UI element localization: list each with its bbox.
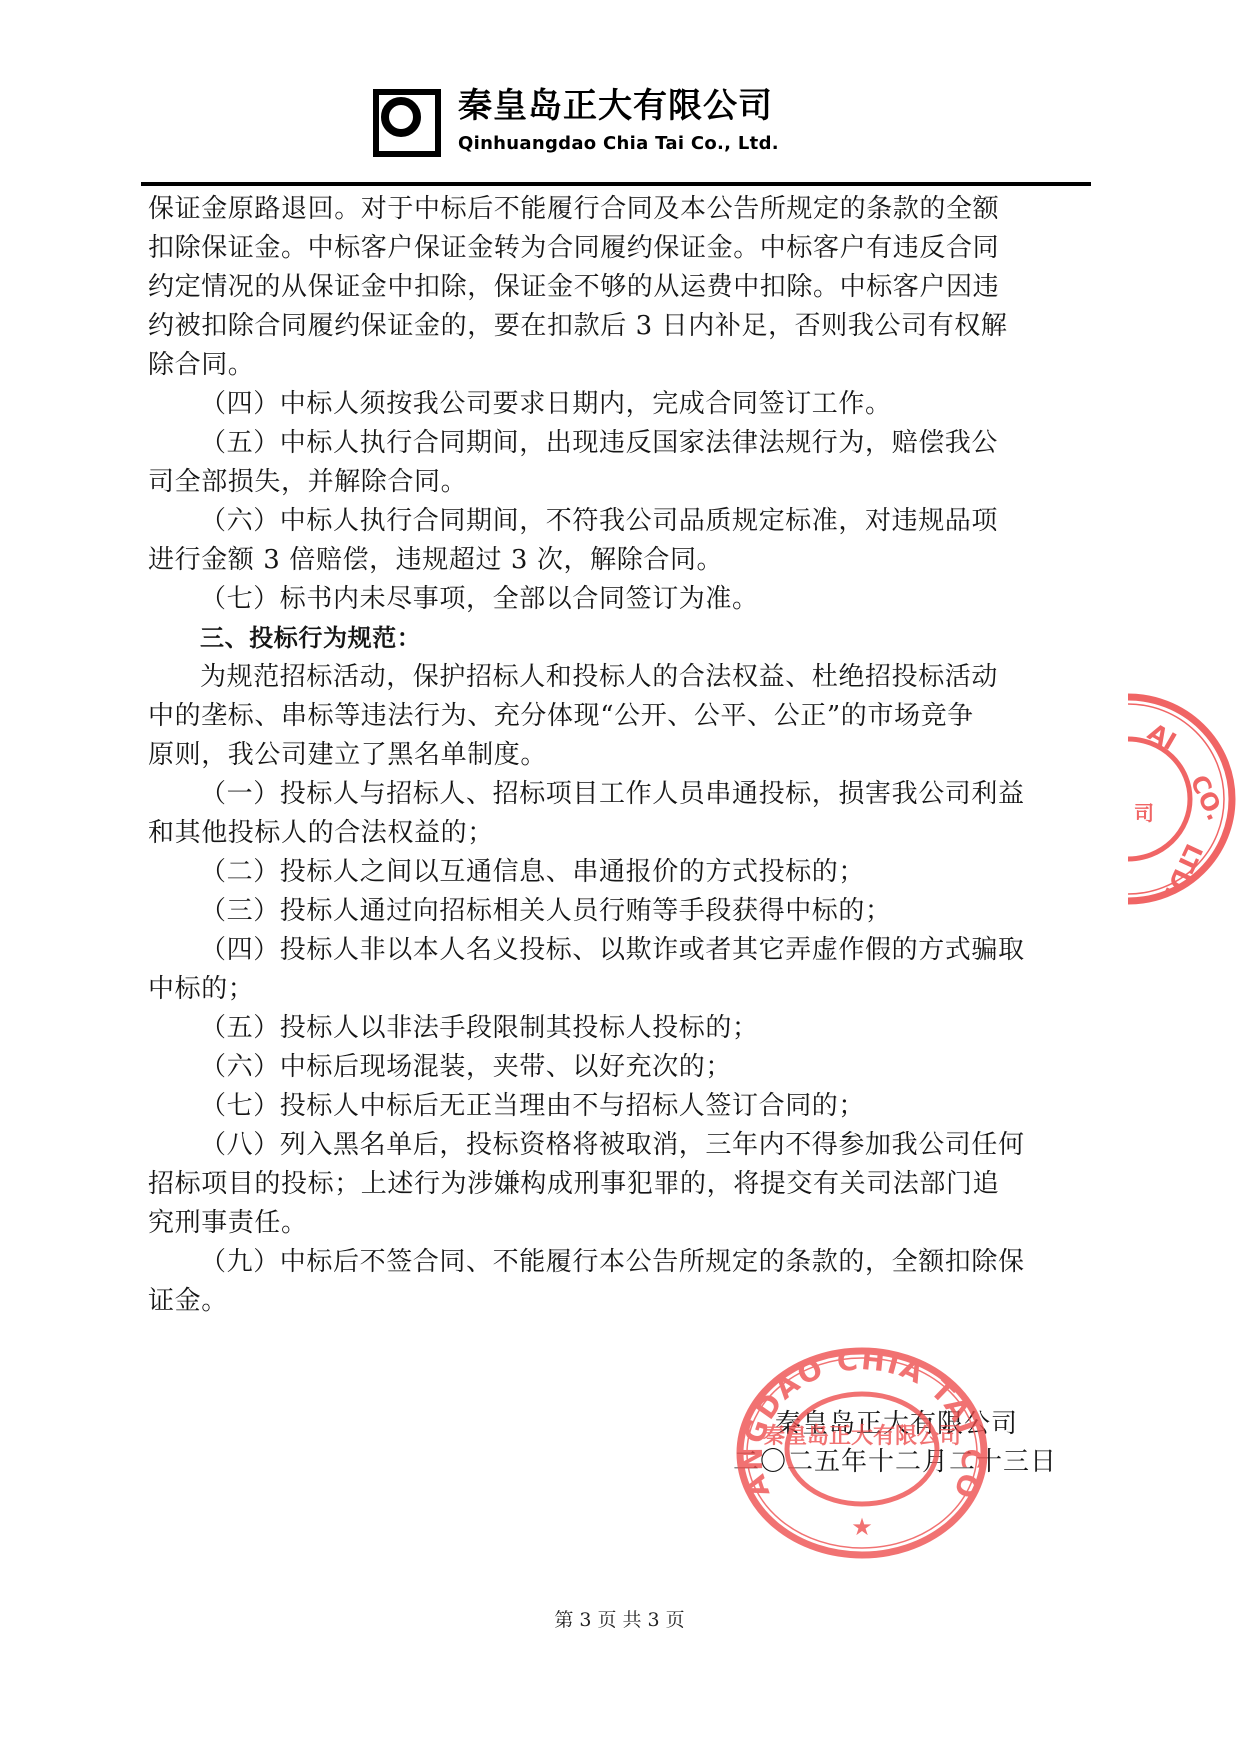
page-seal-icon: AI CO. LTD. 司 bbox=[1128, 692, 1239, 907]
company-name-en: Qinhuangdao Chia Tai Co., Ltd. bbox=[458, 133, 779, 155]
text-line: 扣除保证金。中标客户保证金转为合同履约保证金。中标客户有违反合同 bbox=[148, 229, 1083, 268]
rule-3: （三）投标人通过向招标相关人员行贿等手段获得中标的； bbox=[148, 892, 1083, 931]
text-line: 司全部损失，并解除合同。 bbox=[148, 463, 1083, 502]
text-line: 证金。 bbox=[148, 1282, 1083, 1321]
clause-6: （六）中标人执行合同期间，不符我公司品质规定标准，对违规品项 bbox=[148, 502, 1083, 541]
company-name-cn: 秦皇岛正大有限公司 bbox=[458, 86, 773, 126]
rule-4: （四）投标人非以本人名义投标、以欺诈或者其它弄虚作假的方式骗取 bbox=[148, 931, 1083, 970]
svg-text:CO.: CO. bbox=[1185, 771, 1230, 825]
company-logo-icon bbox=[373, 89, 441, 157]
text-line: 和其他投标人的合法权益的； bbox=[148, 814, 1083, 853]
text-line: 究刑事责任。 bbox=[148, 1204, 1083, 1243]
header-divider bbox=[141, 182, 1091, 186]
rule-9: （九）中标后不签合同、不能履行本公告所规定的条款的，全额扣除保 bbox=[148, 1243, 1083, 1282]
text-line: 保证金原路退回。对于中标后不能履行合同及本公告所规定的条款的全额 bbox=[148, 190, 1083, 229]
text-line: 约定情况的从保证金中扣除，保证金不够的从运费中扣除。中标客户因违 bbox=[148, 268, 1083, 307]
text-line: 中标的； bbox=[148, 970, 1083, 1009]
text-line: 中的垄标、串标等违法行为、充分体现“公开、公平、公正”的市场竞争 bbox=[148, 697, 1083, 736]
section-heading: 三、投标行为规范： bbox=[148, 619, 1083, 658]
svg-text:司: 司 bbox=[1134, 801, 1154, 825]
clause-5: （五）中标人执行合同期间，出现违反国家法律法规行为，赔偿我公 bbox=[148, 424, 1083, 463]
signature-date: 二〇二五年十二月二十三日 bbox=[733, 1443, 1057, 1482]
svg-text:★: ★ bbox=[851, 1513, 873, 1541]
clause-7: （七）标书内未尽事项，全部以合同签订为准。 bbox=[148, 580, 1083, 619]
text-line: 原则，我公司建立了黑名单制度。 bbox=[148, 736, 1083, 775]
svg-text:LTD.: LTD. bbox=[1159, 839, 1208, 902]
text-line: 为规范招标活动，保护招标人和投标人的合法权益、杜绝招投标活动 bbox=[148, 658, 1083, 697]
text-line: 进行金额 3 倍赔偿，违规超过 3 次，解除合同。 bbox=[148, 541, 1083, 580]
rule-5: （五）投标人以非法手段限制其投标人投标的； bbox=[148, 1009, 1083, 1048]
letterhead: 秦皇岛正大有限公司 Qinhuangdao Chia Tai Co., Ltd. bbox=[0, 0, 1239, 190]
page-number: 第 3 页 共 3 页 bbox=[0, 1605, 1239, 1632]
rule-1: （一）投标人与招标人、招标项目工作人员串通投标，损害我公司利益 bbox=[148, 775, 1083, 814]
rule-7: （七）投标人中标后无正当理由不与招标人签订合同的； bbox=[148, 1087, 1083, 1126]
text-line: 招标项目的投标；上述行为涉嫌构成刑事犯罪的，将提交有关司法部门追 bbox=[148, 1165, 1083, 1204]
document-body: 保证金原路退回。对于中标后不能履行合同及本公告所规定的条款的全额 扣除保证金。中… bbox=[148, 190, 1083, 1321]
clause-4: （四）中标人须按我公司要求日期内，完成合同签订工作。 bbox=[148, 385, 1083, 424]
rule-6: （六）中标后现场混装，夹带、以好充次的； bbox=[148, 1048, 1083, 1087]
svg-text:AI: AI bbox=[1143, 718, 1181, 756]
text-line: 约被扣除合同履约保证金的，要在扣款后 3 日内补足，否则我公司有权解 bbox=[148, 307, 1083, 346]
signature-company: 秦皇岛正大有限公司 bbox=[775, 1405, 1018, 1444]
rule-8: （八）列入黑名单后，投标资格将被取消，三年内不得参加我公司任何 bbox=[148, 1126, 1083, 1165]
text-line: 除合同。 bbox=[148, 346, 1083, 385]
rule-2: （二）投标人之间以互通信息、串通报价的方式投标的； bbox=[148, 853, 1083, 892]
